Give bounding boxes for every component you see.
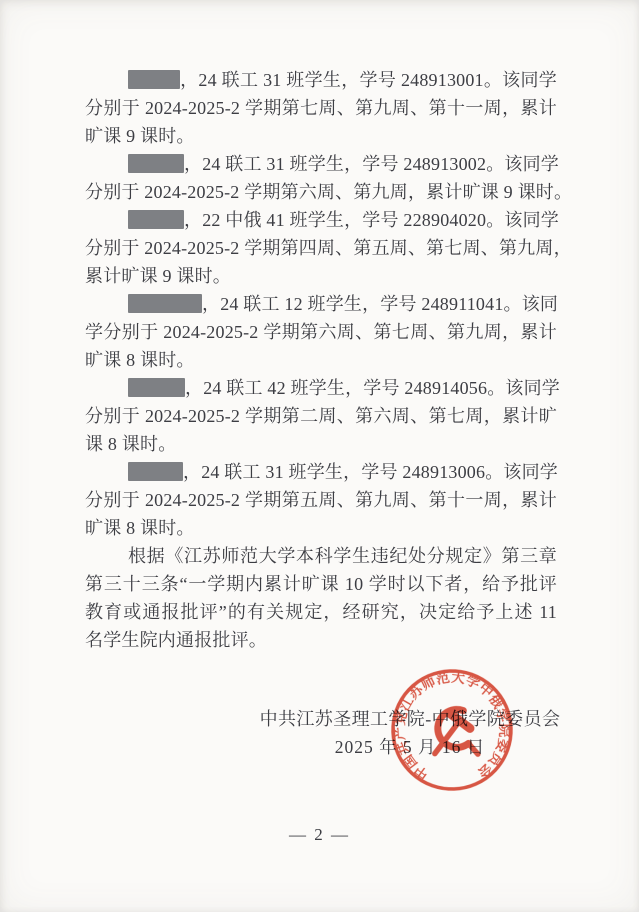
text-line: ，22 中俄 41 班学生，学号 228904020。该同学 <box>85 206 557 234</box>
text-line: ，24 联工 31 班学生，学号 248913001。该同学 <box>85 66 557 94</box>
text-line: 分别于 2024-2025-2 学期第五周、第九周、第十一周，累计 <box>85 486 557 514</box>
signature-date: 2025 年 5 月 16 日 <box>230 732 590 763</box>
text-line: 旷课 8 课时。 <box>85 346 557 374</box>
text-line: ，24 联工 12 班学生，学号 248911041。该同 <box>85 290 557 318</box>
text-line: 学分别于 2024-2025-2 学期第六周、第七周、第九周，累计 <box>85 318 557 346</box>
signature-org: 中共江苏圣理工学院-中俄学院委员会 <box>230 706 590 732</box>
text-line: 第三十三条“一学期内累计旷课 10 学时以下者，给予批评 <box>85 570 557 598</box>
text-line: 分别于 2024-2025-2 学期第四周、第五周、第七周、第九周， <box>85 234 557 262</box>
text-line: 旷课 8 课时。 <box>85 514 557 542</box>
text-line: 旷课 9 课时。 <box>85 122 557 150</box>
text-line: 累计旷课 9 课时。 <box>85 262 557 290</box>
text-line: 课 8 课时。 <box>85 430 557 458</box>
text-line: 教育或通报批评”的有关规定，经研究，决定给予上述 11 <box>85 598 557 626</box>
text-line: 分别于 2024-2025-2 学期第七周、第九周、第十一周，累计 <box>85 94 557 122</box>
redacted-name-box <box>128 294 202 313</box>
redacted-name-box <box>128 154 184 173</box>
redacted-name-box <box>128 378 185 397</box>
text-line: 名学生院内通报批评。 <box>85 626 557 654</box>
document-body: ，24 联工 31 班学生，学号 248913001。该同学分别于 2024-2… <box>85 66 557 654</box>
text-line: 分别于 2024-2025-2 学期第二周、第六周、第七周，累计旷 <box>85 402 557 430</box>
text-line: ，24 联工 42 班学生，学号 248914056。该同学 <box>85 374 557 402</box>
redacted-name-box <box>128 210 184 229</box>
redacted-name-box <box>128 70 180 89</box>
text-line: 分别于 2024-2025-2 学期第六周、第九周，累计旷课 9 课时。 <box>85 178 557 206</box>
text-line: 根据《江苏师范大学本科学生违纪处分规定》第三章 <box>85 542 557 570</box>
page-number: — 2 — <box>0 824 639 846</box>
document-page: ，24 联工 31 班学生，学号 248913001。该同学分别于 2024-2… <box>0 0 639 912</box>
text-line: ，24 联工 31 班学生，学号 248913002。该同学 <box>85 150 557 178</box>
text-line: ，24 联工 31 班学生，学号 248913006。该同学 <box>85 458 557 486</box>
redacted-name-box <box>128 462 183 481</box>
signature-block: 中共江苏圣理工学院-中俄学院委员会 2025 年 5 月 16 日 <box>230 706 590 763</box>
